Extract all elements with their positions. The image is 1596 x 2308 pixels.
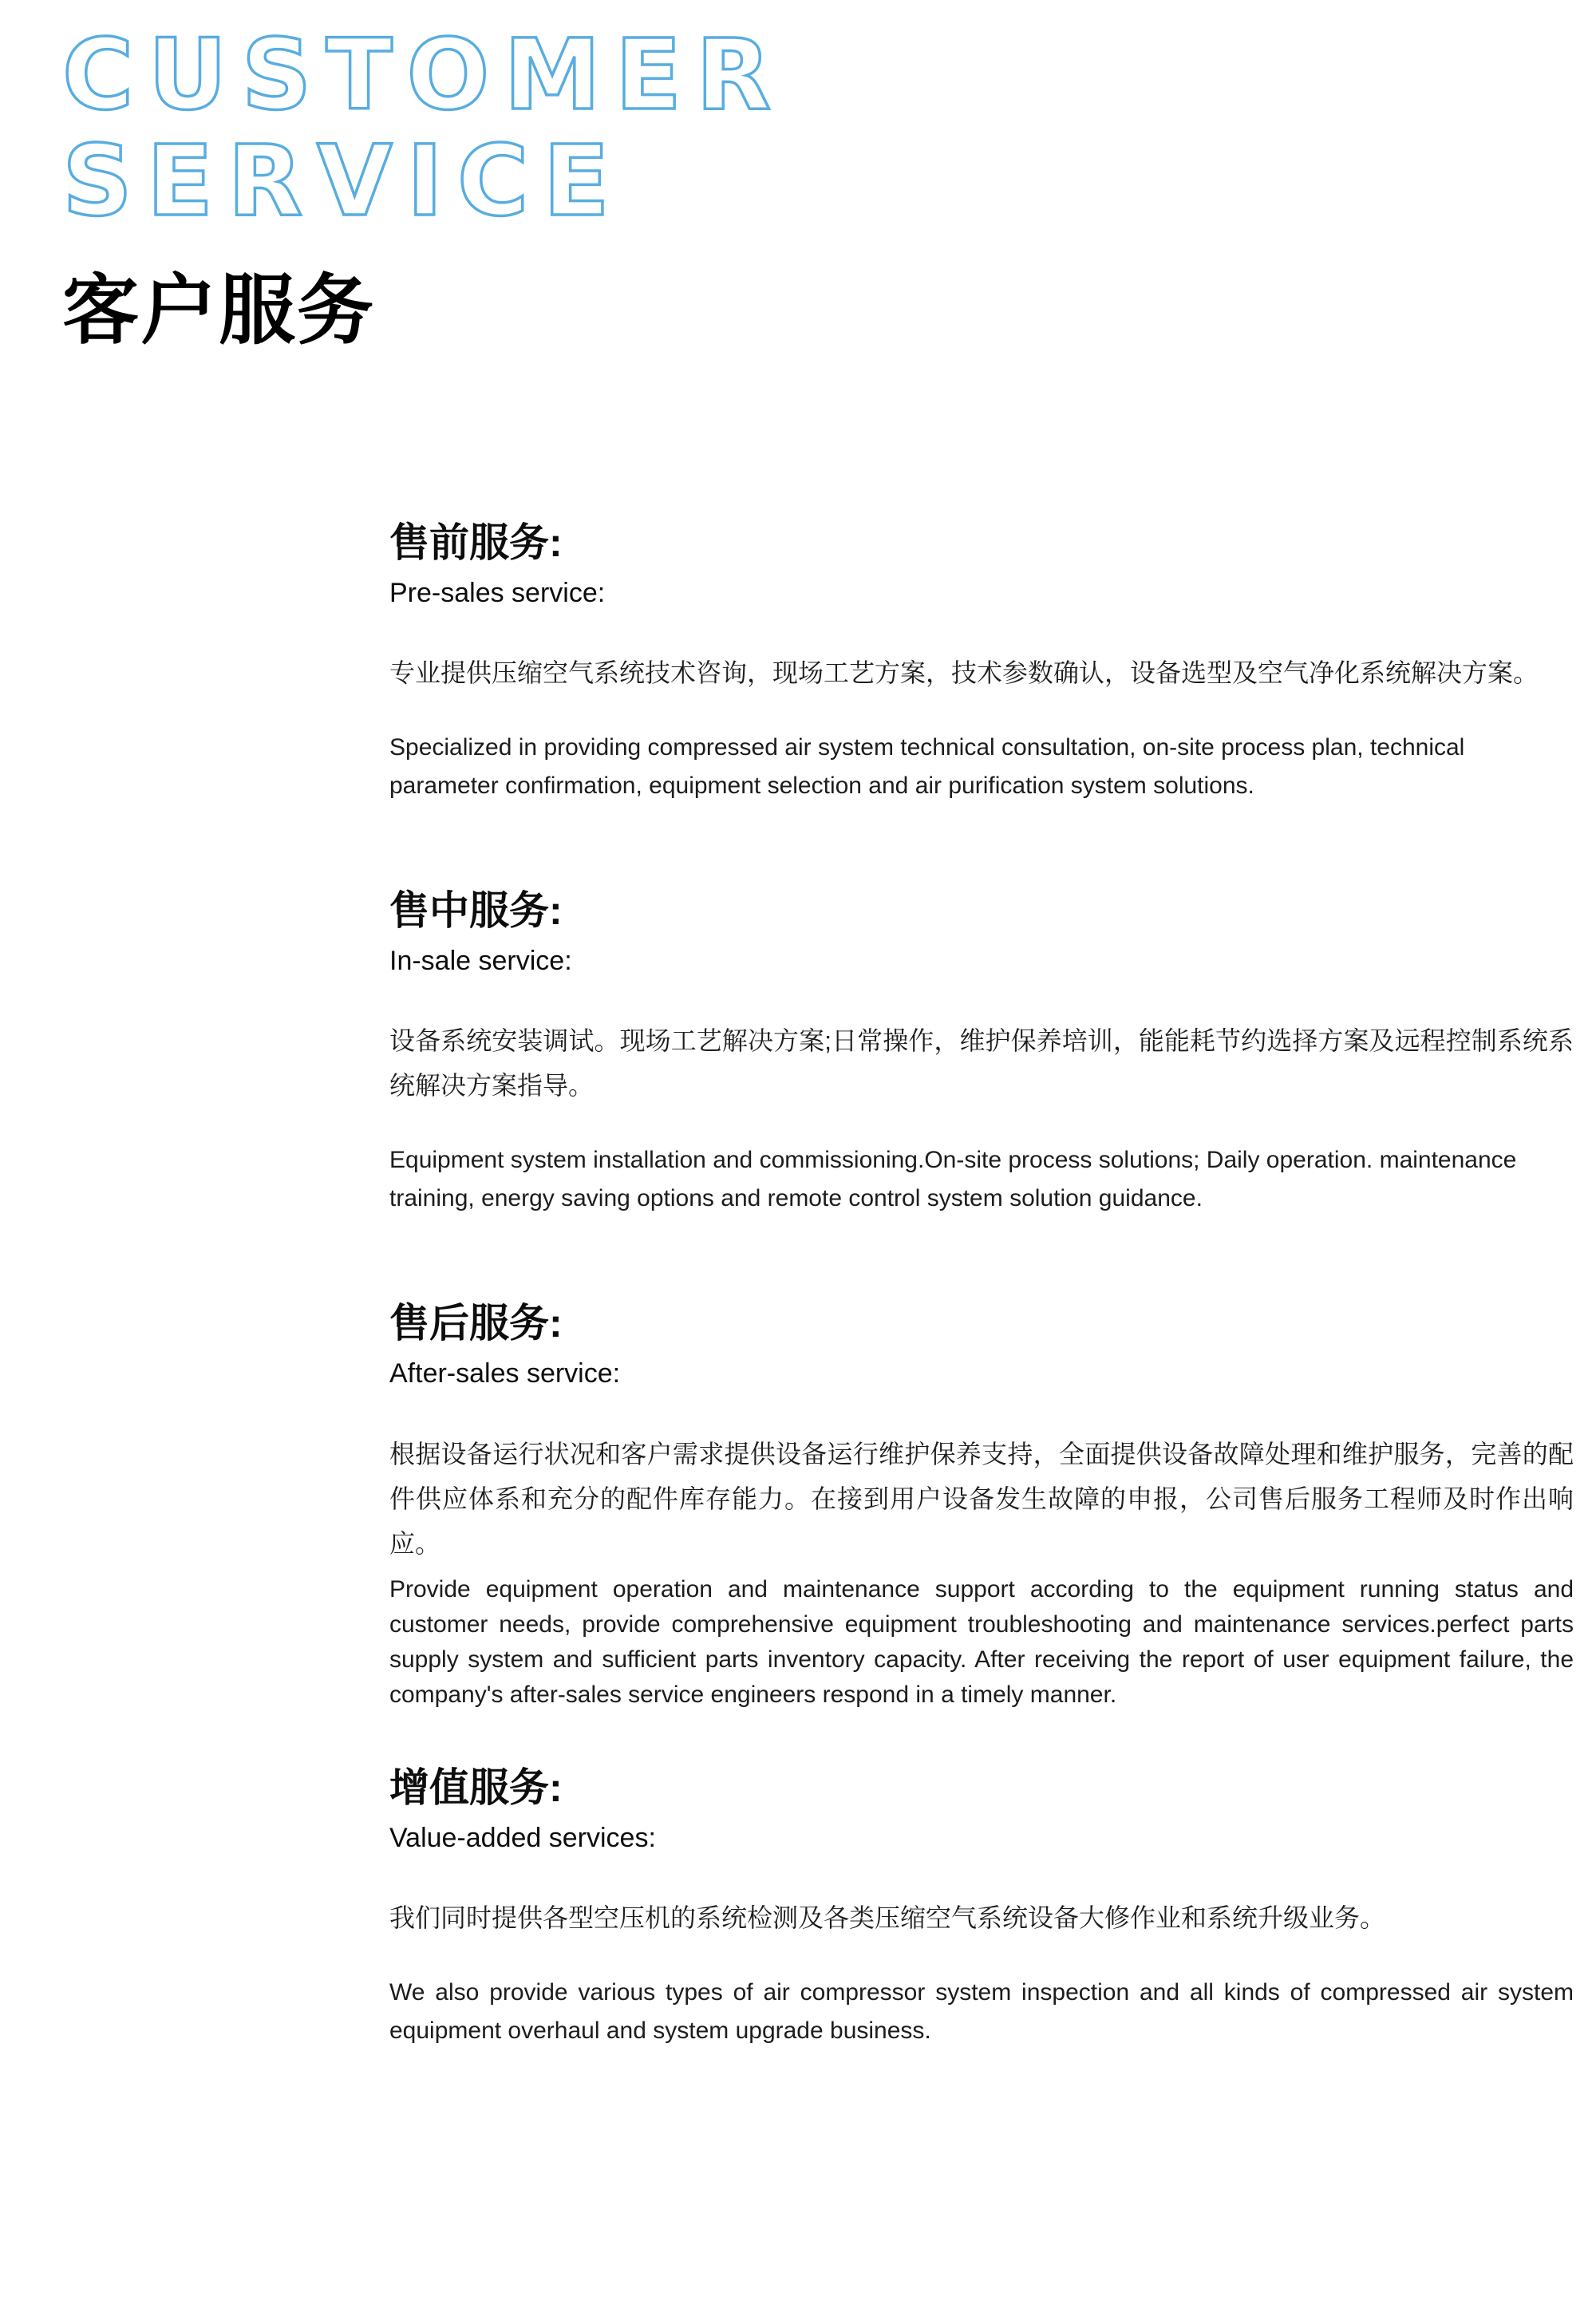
section-heading-en: After-sales service:	[389, 1356, 1574, 1391]
section-heading-zh: 售前服务:	[389, 517, 1574, 569]
page-title-en: CUSTOMER SERVICE	[62, 22, 785, 235]
page-header: CUSTOMER SERVICE 客户服务	[62, 22, 785, 352]
section-body-zh: 我们同时提供各型空压机的系统检测及各类压缩空气系统设备大修作业和系统升级业务。	[389, 1895, 1574, 1940]
section-body-en: Provide equipment operation and maintena…	[389, 1572, 1574, 1713]
section-heading-en: In-sale service:	[389, 943, 1574, 978]
section-body-zh: 专业提供压缩空气系统技术咨询，现场工艺方案，技术参数确认，设备选型及空气净化系统…	[389, 650, 1574, 695]
section-value-added: 增值服务: Value-added services: 我们同时提供各型空压机的…	[389, 1762, 1574, 2050]
section-pre-sales: 售前服务: Pre-sales service: 专业提供压缩空气系统技术咨询，…	[389, 517, 1574, 805]
section-heading-en: Value-added services:	[389, 1820, 1574, 1855]
content-column: 售前服务: Pre-sales service: 专业提供压缩空气系统技术咨询，…	[389, 517, 1574, 2050]
page-title-en-line1: CUSTOMER	[62, 22, 785, 128]
section-body-zh: 设备系统安装调试。现场工艺解决方案;日常操作，维护保养培训，能能耗节约选择方案及…	[389, 1018, 1574, 1108]
section-body-en: Specialized in providing compressed air …	[389, 729, 1574, 805]
customer-service-page: CUSTOMER SERVICE 客户服务 售前服务: Pre-sales se…	[0, 0, 1596, 2308]
page-title-en-line2: SERVICE	[62, 128, 785, 235]
section-in-sale: 售中服务: In-sale service: 设备系统安装调试。现场工艺解决方案…	[389, 885, 1574, 1218]
section-after-sales: 售后服务: After-sales service: 根据设备运行状况和客户需求…	[389, 1298, 1574, 1712]
section-body-en: We also provide various types of air com…	[389, 1974, 1574, 2050]
section-heading-zh: 售后服务:	[389, 1298, 1574, 1350]
section-heading-zh: 售中服务:	[389, 885, 1574, 937]
section-body-en: Equipment system installation and commis…	[389, 1141, 1574, 1218]
section-heading-en: Pre-sales service:	[389, 575, 1574, 611]
section-heading-zh: 增值服务:	[389, 1762, 1574, 1814]
page-title-zh: 客户服务	[62, 271, 785, 352]
section-body-zh: 根据设备运行状况和客户需求提供设备运行维护保养支持，全面提供设备故障处理和维护服…	[389, 1432, 1574, 1566]
